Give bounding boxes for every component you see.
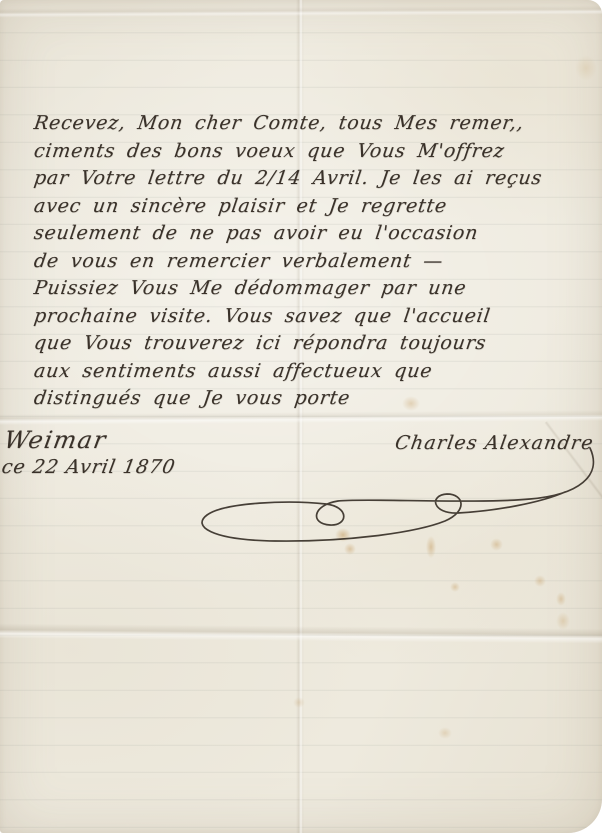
letter-line: seulement de ne pas avoir eu l'occasion — [32, 220, 596, 248]
letter-line: aux sentiments aussi affectueux que — [32, 358, 596, 386]
letter-place: Weimar — [2, 426, 109, 454]
letter-line: distingués que Je vous porte — [32, 385, 596, 413]
letter-line: Recevez, Mon cher Comte, tous Mes remer,… — [32, 110, 596, 138]
signature-flourish — [180, 440, 600, 555]
letter-line: ciments des bons voeux que Vous M'offrez — [32, 138, 596, 166]
letter-date: ce 22 Avril 1870 — [0, 456, 177, 478]
letter-line: avec un sincère plaisir et Je regrette — [32, 193, 596, 221]
letter-body: Recevez, Mon cher Comte, tous Mes remer,… — [32, 110, 592, 413]
letter-line: Puissiez Vous Me dédommager par une — [32, 275, 596, 303]
letter-line: par Votre lettre du 2/14 Avril. Je les a… — [32, 165, 596, 193]
letter-line: prochaine visite. Vous savez que l'accue… — [32, 303, 596, 331]
letter-paper: Recevez, Mon cher Comte, tous Mes remer,… — [0, 0, 602, 833]
letter-line: que Vous trouverez ici répondra toujours — [32, 330, 596, 358]
letter-line: de vous en remercier verbalement — — [32, 248, 596, 276]
scanned-letter-page: Recevez, Mon cher Comte, tous Mes remer,… — [0, 0, 602, 833]
